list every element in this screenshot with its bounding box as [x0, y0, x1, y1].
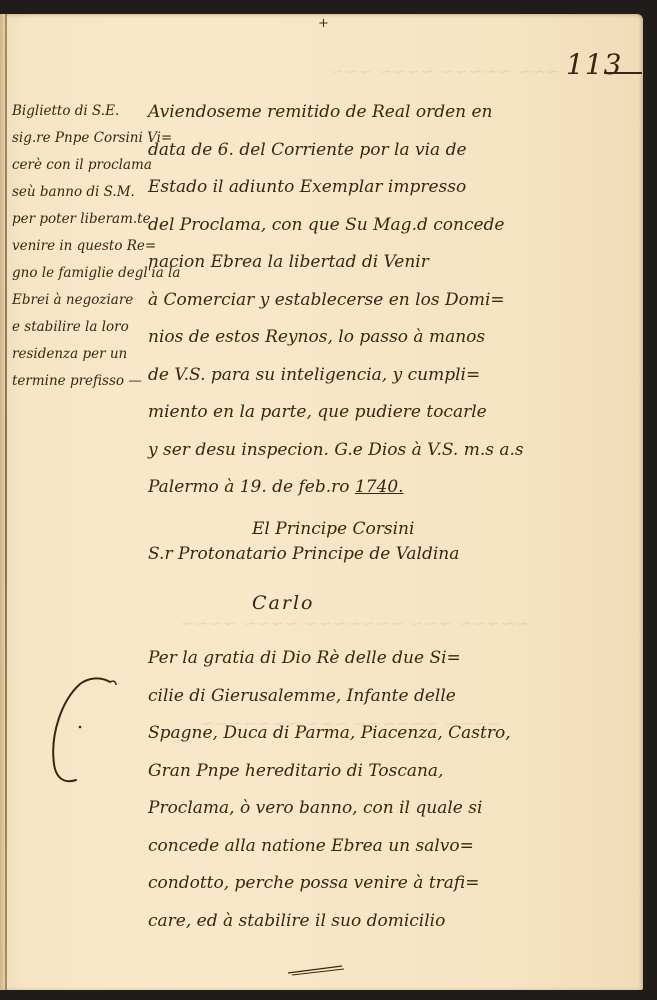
end-flourish-icon [286, 964, 346, 976]
letter-line: miento en la parte, que pudiere tocarle [148, 394, 538, 432]
proclamation-line: Gran Pnpe hereditario di Toscana, [148, 753, 548, 791]
margin-line: cerè con il proclama [12, 152, 152, 179]
letter-line: à Comerciar y establecerse en los Domi= [148, 282, 538, 320]
date-line: Palermo à 19. de feb.ro 1740. [148, 469, 538, 507]
proclamation-line: condotto, perche possa venire à trafi= [148, 865, 548, 903]
letter-line: Aviendoseme remitido de Real orden en [148, 94, 538, 132]
margin-note: Biglietto di S.E. sig.re Pnpe Corsini Vi… [12, 98, 152, 395]
letter-line: data de 6. del Corriente por la via de [148, 132, 538, 170]
proclamation-body: Per la gratia di Dio Rè delle due Si= ci… [148, 640, 548, 940]
margin-line: gno le famiglie degl'ia la [12, 260, 152, 287]
manuscript-page: ~~~ ~~~~~ ~~~~ ~~~ ~~~~~ ~~~ ~~~~~~~ ~~~… [0, 14, 643, 990]
proclamation-line: concede alla natione Ebrea un salvo= [148, 828, 548, 866]
margin-line: residenza per un [12, 341, 152, 368]
letter-line: nacion Ebrea la libertad di Venir [148, 244, 538, 282]
signature: El Principe Corsini [252, 519, 414, 539]
date-year: 1740. [355, 477, 404, 497]
addressee: S.r Protonatario Principe de Valdina [148, 544, 459, 564]
margin-line: seù banno di S.M. [12, 179, 152, 206]
folio-dash [604, 72, 642, 74]
margin-line: venire in questo Re= [12, 233, 152, 260]
letter-line: del Proclama, con que Su Mag.d concede [148, 207, 538, 245]
proclamation-heading: Carlo [252, 592, 314, 614]
letter-line: y ser desu inspecion. G.e Dios à V.S. m.… [148, 432, 538, 470]
margin-line: sig.re Pnpe Corsini Vi= [12, 125, 152, 152]
margin-line: termine prefisso — [12, 368, 152, 395]
proclamation-line: Spagne, Duca di Parma, Piacenza, Castro, [148, 715, 548, 753]
proclamation-line: Per la gratia di Dio Rè delle due Si= [148, 640, 548, 678]
letter-line: Estado il adiunto Exemplar impresso [148, 169, 538, 207]
margin-line: e stabilire la loro [12, 314, 152, 341]
folio-number: 113 [566, 48, 622, 81]
date-text: Palermo à 19. de feb.ro [148, 477, 355, 497]
bleed-through-text: ~~~ ~~~~~ ~~~~ ~~~ [330, 62, 560, 82]
bleed-through-text: ~~~~~ ~~~ ~~~~~~~ ~~~~ ~~~~ [180, 614, 529, 634]
letter-line: nios de estos Reynos, lo passo à manos [148, 319, 538, 357]
margin-line: Ebrei à negoziare [12, 287, 152, 314]
binding-edge [5, 14, 7, 990]
scan-frame: ~~~ ~~~~~ ~~~~ ~~~ ~~~~~ ~~~ ~~~~~~~ ~~~… [0, 0, 657, 1000]
margin-line: per poter liberam.te [12, 206, 152, 233]
proclamation-line: Proclama, ò vero banno, con il quale si [148, 790, 548, 828]
margin-line: Biglietto di S.E. [12, 98, 152, 125]
proclamation-line: care, ed à stabilire il suo domicilio [148, 903, 548, 941]
letter-line: de V.S. para su inteligencia, y cumpli= [148, 357, 538, 395]
decorative-initial-c-icon [40, 674, 120, 794]
proclamation-line: cilie di Gierusalemme, Infante delle [148, 678, 548, 716]
top-cross-mark: + [318, 16, 329, 31]
letter-body: Aviendoseme remitido de Real orden en da… [148, 94, 538, 507]
